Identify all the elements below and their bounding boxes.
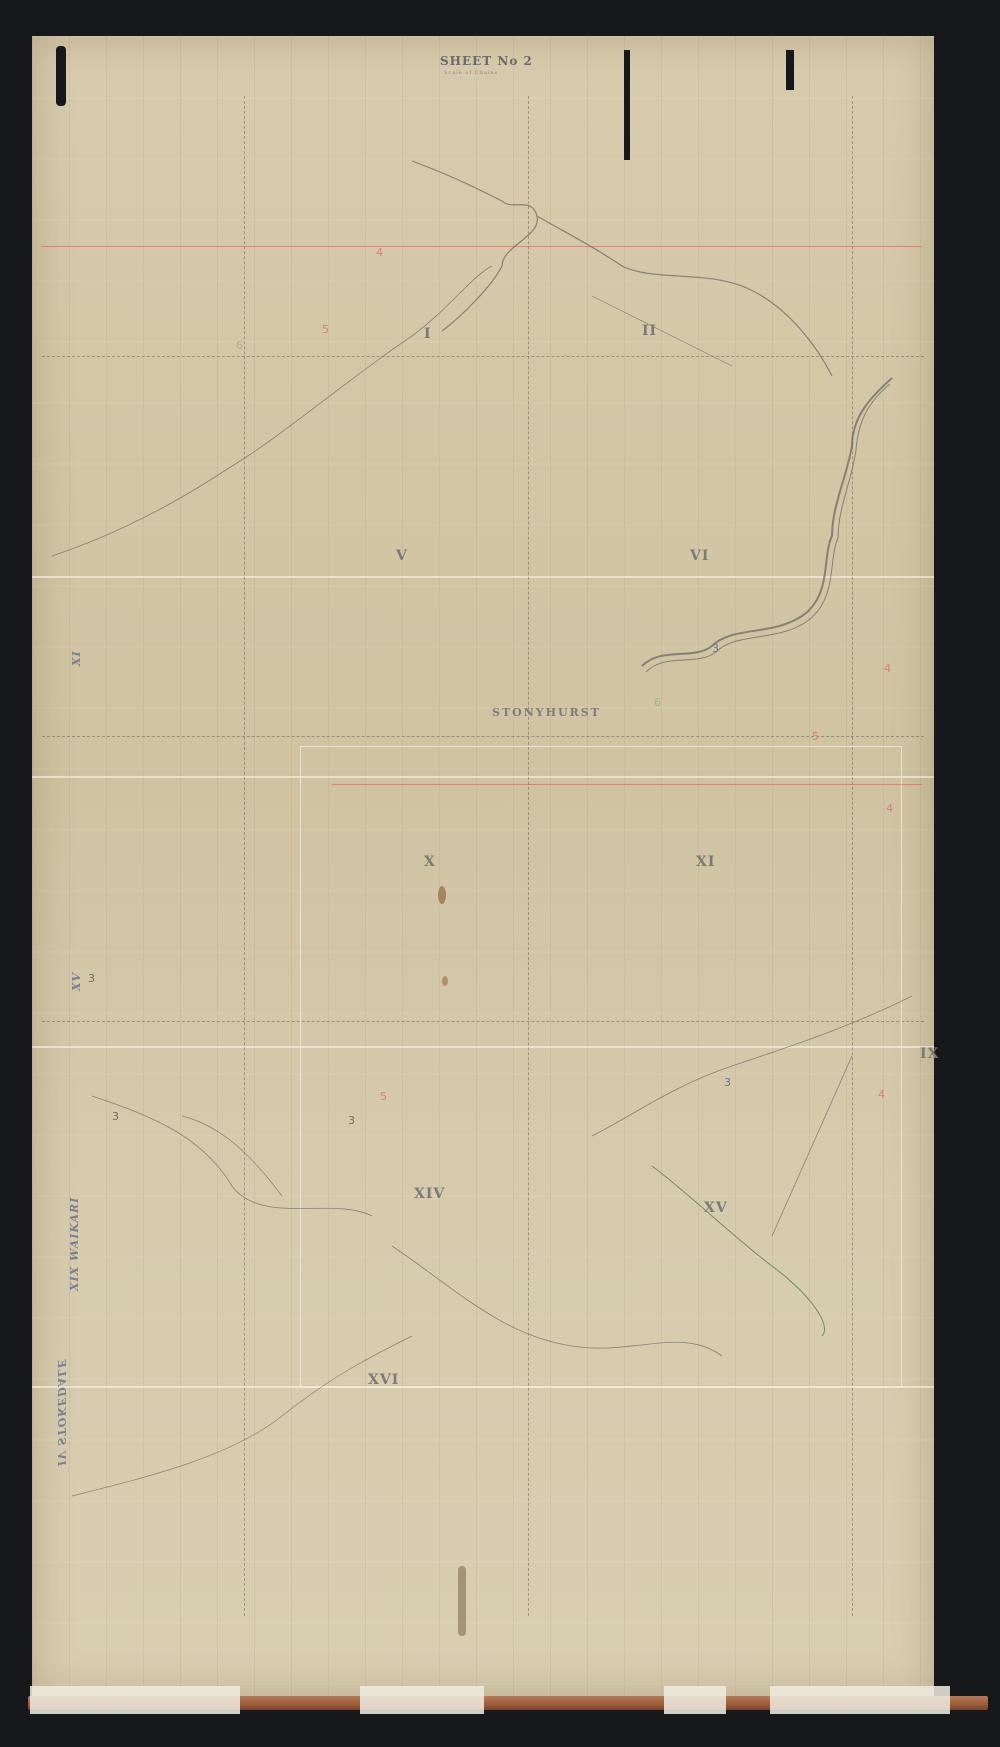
- grid-number: 3: [712, 642, 719, 655]
- grid-number: 5: [812, 730, 819, 743]
- tape-strip: [770, 1686, 950, 1714]
- sheet-subtitle: Scale of Chains: [444, 70, 498, 76]
- grid-number: 6: [236, 339, 243, 352]
- tape-strip: [360, 1686, 484, 1714]
- run-VI: VI: [690, 548, 709, 564]
- run-IX: IX: [920, 1046, 939, 1062]
- grid-number: 3: [88, 972, 95, 985]
- grid-number: 6: [654, 696, 661, 709]
- grid-number: 4: [878, 1088, 885, 1101]
- grid-number: 4: [376, 246, 383, 259]
- grid-number: 4: [886, 802, 893, 815]
- map-sheet: SHEET No 2 Scale of Chains I II V VI X X…: [32, 36, 934, 1696]
- grid-number: 5: [322, 323, 329, 336]
- stain: [458, 1566, 466, 1636]
- adjoining-XV: XV: [70, 972, 83, 991]
- run-X: X: [424, 854, 436, 870]
- run-I: I: [424, 326, 432, 342]
- grid-number: 4: [884, 662, 891, 675]
- river-north: [412, 161, 537, 331]
- river-east: [642, 378, 892, 666]
- grid-number: 3: [724, 1076, 731, 1089]
- paper-tear: [624, 50, 630, 160]
- stain: [438, 886, 446, 904]
- run-XI: XI: [696, 854, 715, 870]
- run-XVI: XVI: [368, 1372, 399, 1388]
- run-XIV: XIV: [414, 1186, 445, 1202]
- tape-strip: [664, 1686, 726, 1714]
- adjoining-waikari: XIX WAIKARI: [68, 1197, 81, 1291]
- paper-tear: [56, 46, 66, 106]
- run-V: V: [396, 548, 408, 564]
- stain: [442, 976, 448, 986]
- adjoining-XI: XI: [70, 650, 83, 666]
- paper-tear: [786, 50, 794, 90]
- place-stonyhurst: STONYHURST: [492, 706, 601, 719]
- run-XV: XV: [704, 1200, 728, 1216]
- grid-number: 3: [348, 1114, 355, 1127]
- adjoining-stokedale: IV STOKEDALE: [55, 1359, 68, 1466]
- run-II: II: [642, 323, 657, 339]
- terrain-features: [32, 36, 934, 1696]
- grid-number: 5: [380, 1090, 387, 1103]
- grid-number: 3: [112, 1110, 119, 1123]
- sheet-title: SHEET No 2: [440, 54, 533, 68]
- tape-strip: [30, 1686, 240, 1714]
